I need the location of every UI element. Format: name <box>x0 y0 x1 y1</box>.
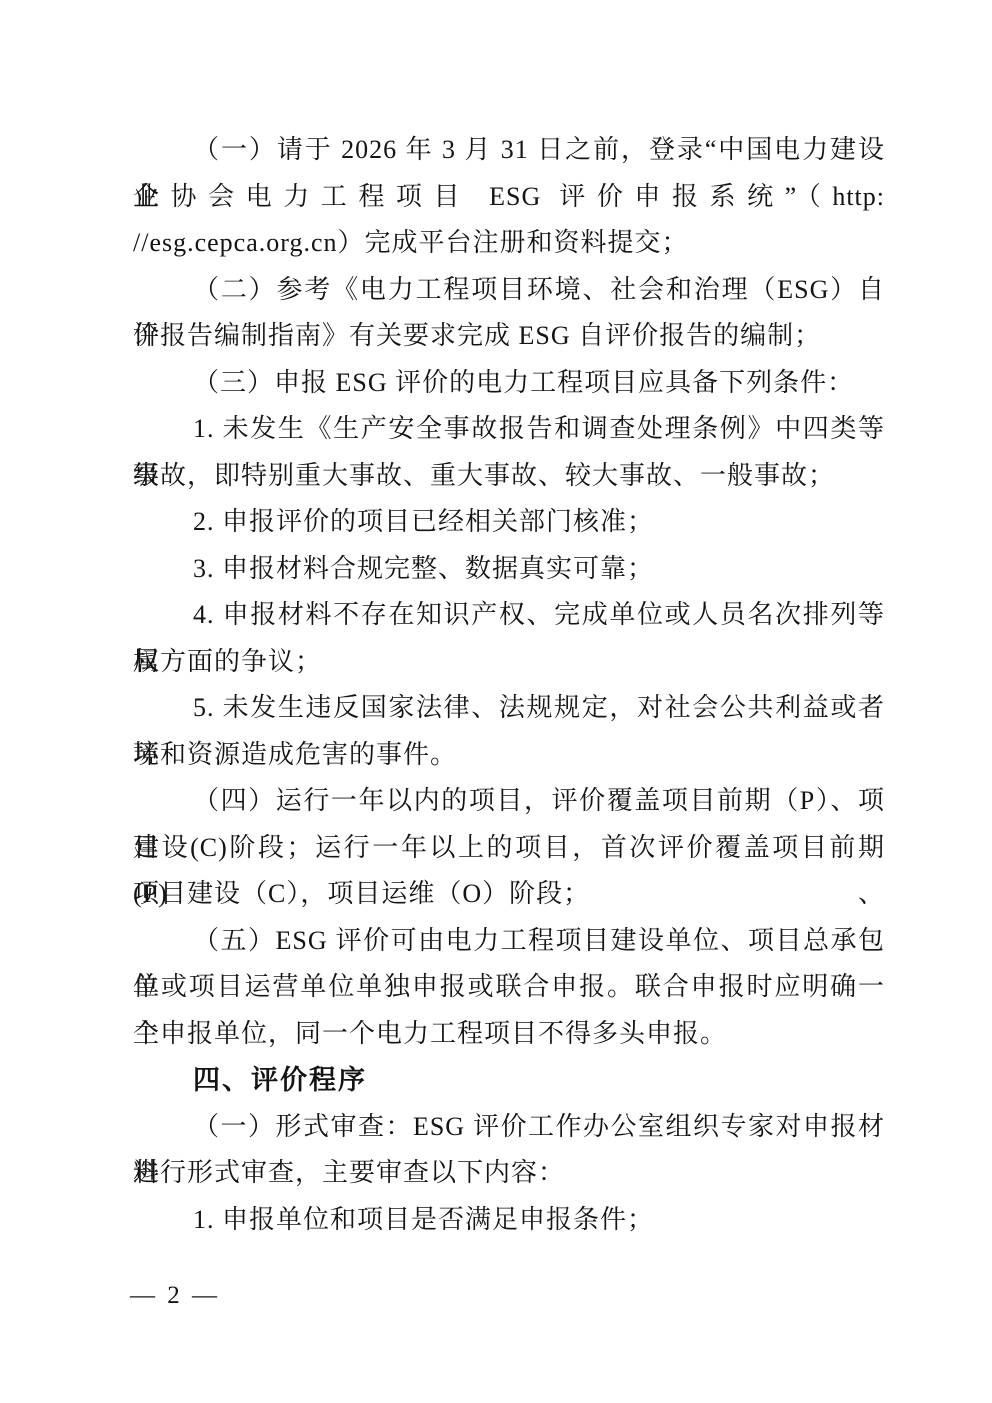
document-page: （一）请于 2026 年 3 月 31 日之前，登录“中国电力建设企业协会电力工… <box>0 0 992 1403</box>
section-heading: 四、评价程序 <box>133 1057 885 1104</box>
page-number: — 2 — <box>130 1282 220 1310</box>
text-line: 1. 申报单位和项目是否满足申报条件； <box>133 1197 885 1244</box>
text-line: 属方面的争议； <box>133 639 885 686</box>
text-line: 业协会电力工程项目 ESG 评价申报系统”（http: <box>133 174 885 221</box>
text-line: （一）形式审查：ESG 评价工作办公室组织专家对申报材料 <box>133 1104 885 1151</box>
text-line: 建设(C)阶段；运行一年以上的项目，首次评价覆盖项目前期(P)、 <box>133 825 885 872</box>
text-line: 1. 未发生《生产安全事故报告和调查处理条例》中四类等级 <box>133 406 885 453</box>
text-line: 境和资源造成危害的事件。 <box>133 732 885 779</box>
text-line: 4. 申报材料不存在知识产权、完成单位或人员名次排列等权 <box>133 592 885 639</box>
text-line: //esg.cepca.org.cn）完成平台注册和资料提交； <box>133 220 885 267</box>
text-line: （二）参考《电力工程项目环境、社会和治理（ESG）自评 <box>133 267 885 314</box>
text-line: （三）申报 ESG 评价的电力工程项目应具备下列条件： <box>133 360 885 407</box>
text-line: （一）请于 2026 年 3 月 31 日之前，登录“中国电力建设企 <box>133 127 885 174</box>
text-line: （四）运行一年以内的项目，评价覆盖项目前期（P）、项目 <box>133 778 885 825</box>
text-line: （五）ESG 评价可由电力工程项目建设单位、项目总承包单 <box>133 918 885 965</box>
document-lines: （一）请于 2026 年 3 月 31 日之前，登录“中国电力建设企业协会电力工… <box>133 127 885 1243</box>
text-line: 3. 申报材料合规完整、数据真实可靠； <box>133 546 885 593</box>
text-line: 价报告编制指南》有关要求完成 ESG 自评价报告的编制； <box>133 313 885 360</box>
text-line: 进行形式审查，主要审查以下内容： <box>133 1150 885 1197</box>
text-line: 事故，即特别重大事故、重大事故、较大事故、一般事故； <box>133 453 885 500</box>
text-line: 5. 未发生违反国家法律、法规规定，对社会公共利益或者环 <box>133 685 885 732</box>
text-line: 位或项目运营单位单独申报或联合申报。联合申报时应明确一个 <box>133 964 885 1011</box>
text-line: 主申报单位，同一个电力工程项目不得多头申报。 <box>133 1011 885 1058</box>
text-line: 2. 申报评价的项目已经相关部门核准； <box>133 499 885 546</box>
